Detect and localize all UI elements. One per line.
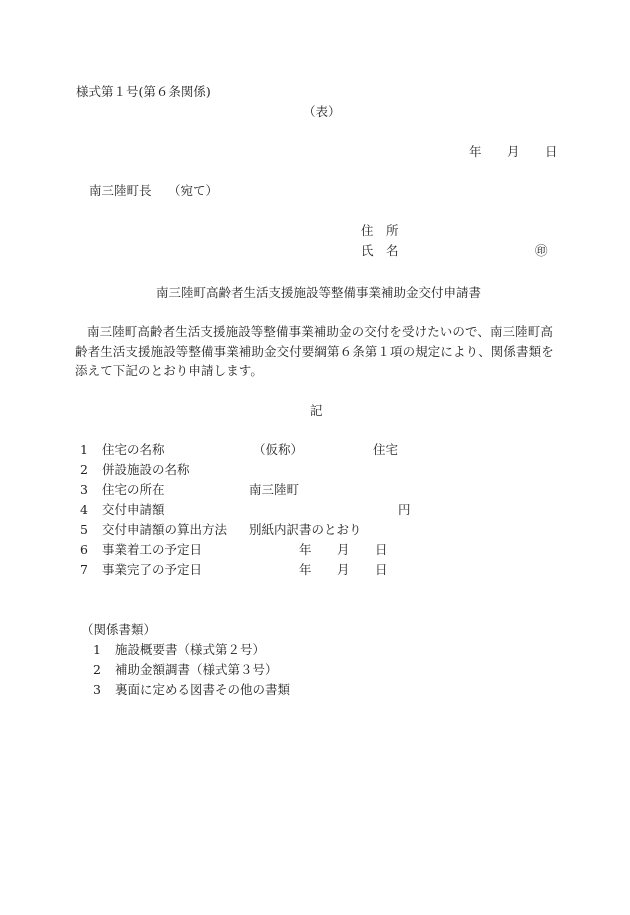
item-value: 円 — [398, 502, 411, 518]
item-label: 事業完了の予定日 — [102, 562, 202, 578]
item-number: 5 — [80, 522, 88, 538]
item-day: 日 — [375, 562, 388, 578]
doc-label: 施設概要書（様式第２号） — [115, 642, 265, 658]
date-month: 月 — [507, 144, 520, 160]
item-label: 事業着工の予定日 — [102, 542, 202, 558]
item-day: 日 — [375, 542, 388, 558]
item-label: 住宅の名称 — [102, 442, 165, 458]
item-number: 6 — [80, 542, 88, 558]
item-value: （仮称） — [253, 442, 303, 458]
item-value: 別紙内訳書のとおり — [249, 522, 362, 538]
item-number: 1 — [80, 442, 88, 458]
item-label: 交付申請額の算出方法 — [102, 522, 227, 538]
item-label: 併設施設の名称 — [102, 462, 190, 478]
addressee-suffix: （宛て） — [168, 183, 218, 199]
doc-number: 3 — [93, 682, 101, 698]
date-day: 日 — [545, 144, 558, 160]
related-docs-heading: （関係書類） — [81, 622, 156, 638]
body-paragraph: 南三陸町高齢者生活支援施設等整備事業補助金の交付を受けたいので、南三陸町高齢者生… — [75, 322, 560, 381]
item-number: 7 — [80, 562, 88, 578]
doc-number: 1 — [93, 642, 101, 658]
doc-label: 補助金額調書（様式第３号） — [115, 662, 278, 678]
item-label: 住宅の所在 — [102, 482, 165, 498]
item-number: 3 — [80, 482, 88, 498]
name-label: 氏 名 — [361, 243, 399, 259]
item-value-2: 住宅 — [373, 442, 398, 458]
item-month: 月 — [337, 562, 350, 578]
doc-number: 2 — [93, 662, 101, 678]
ki-heading: 記 — [310, 403, 323, 419]
seal-mark: ㊞ — [535, 243, 548, 259]
item-number: 4 — [80, 502, 88, 518]
item-number: 2 — [80, 462, 88, 478]
address-label: 住 所 — [361, 223, 399, 239]
item-year: 年 — [299, 562, 312, 578]
doc-label: 裏面に定める図書その他の書類 — [115, 682, 290, 698]
item-value: 南三陸町 — [249, 482, 299, 498]
item-month: 月 — [337, 542, 350, 558]
addressee-name: 南三陸町長 — [89, 183, 152, 199]
form-number: 様式第１号(第６条関係) — [76, 84, 211, 100]
date-year: 年 — [469, 144, 482, 160]
document-title: 南三陸町高齢者生活支援施設等整備事業補助金交付申請書 — [156, 285, 481, 301]
item-label: 交付申請額 — [102, 502, 165, 518]
side-label: （表） — [303, 104, 341, 120]
item-year: 年 — [299, 542, 312, 558]
